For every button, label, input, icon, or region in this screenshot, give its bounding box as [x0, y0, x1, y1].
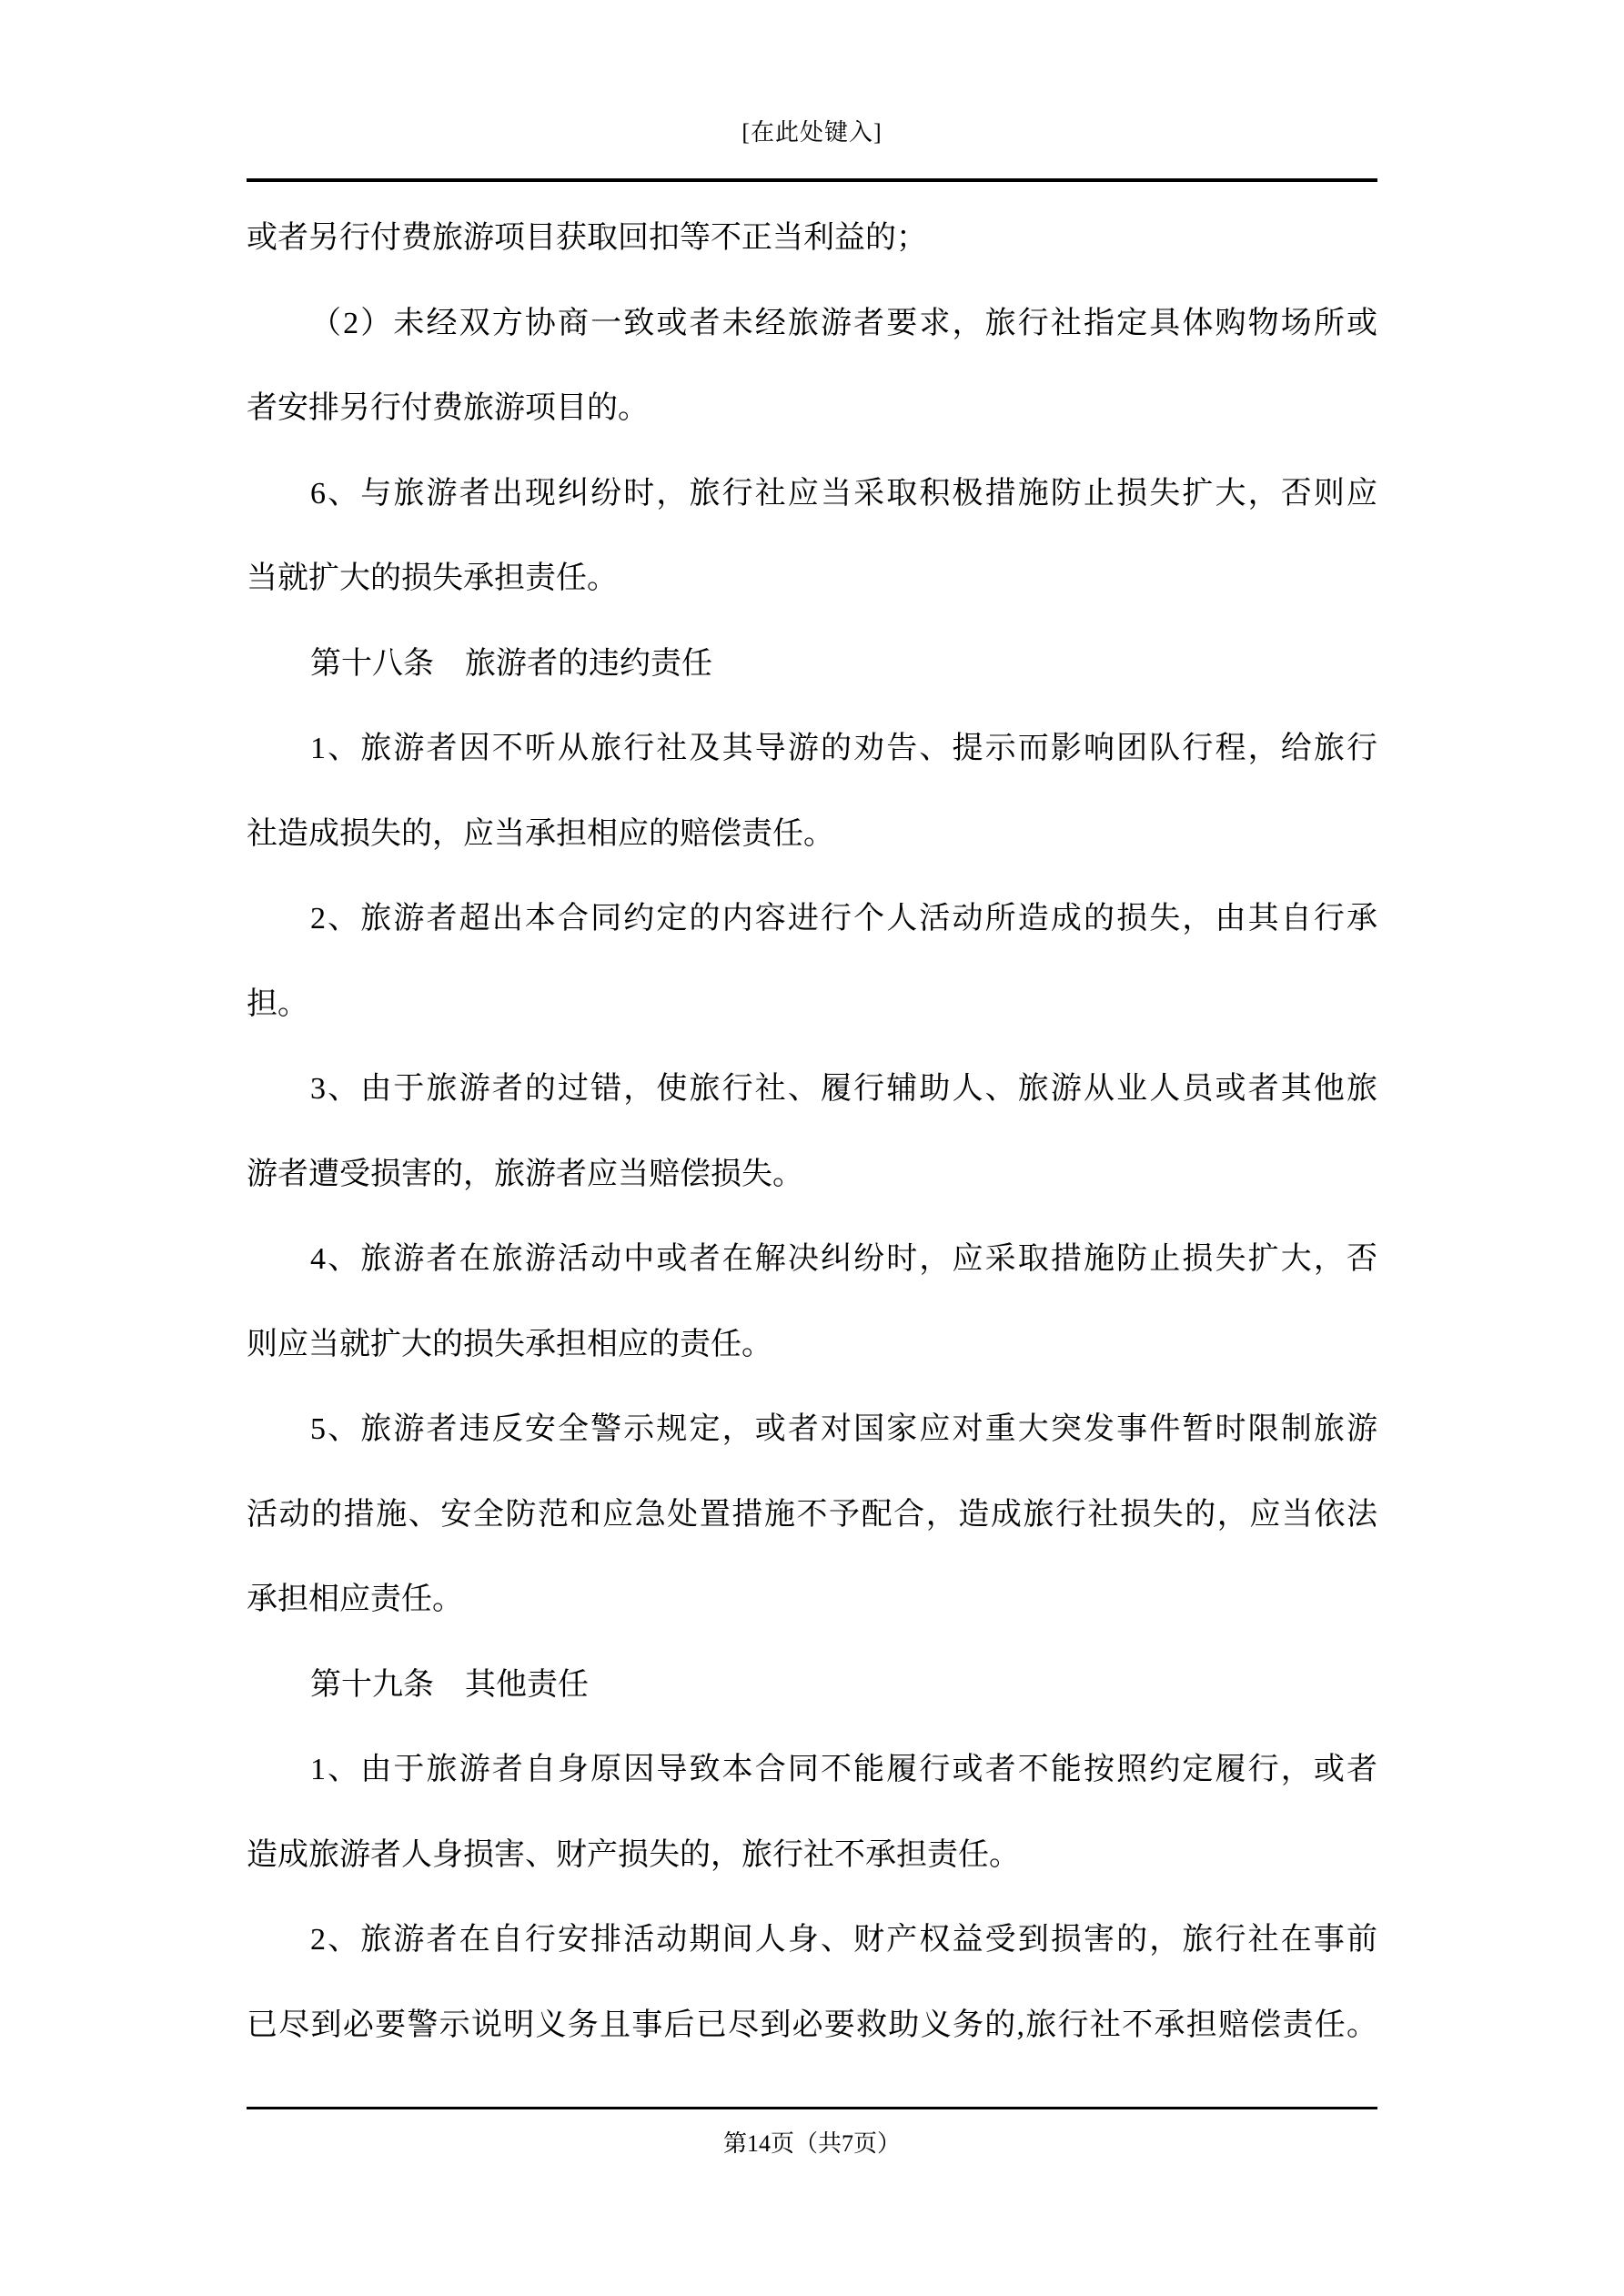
body-line: 造成旅游者人身损害、财产损失的，旅行社不承担责任。: [247, 1813, 1377, 1898]
footer-page-number: 第14页（共7页）: [0, 2128, 1624, 2160]
body-heading-line: 第十八条 旅游者的违约责任: [247, 622, 1377, 707]
document-page: [在此处键入] 或者另行付费旅游项目获取回扣等不正当利益的； （2）未经双方协商…: [0, 0, 1624, 2296]
body-line: （2）未经双方协商一致或者未经旅游者要求，旅行社指定具体购物场所或: [247, 281, 1377, 367]
body-line: 社造成损失的，应当承担相应的赔偿责任。: [247, 792, 1377, 877]
body-line: 当就扩大的损失承担责任。: [247, 536, 1377, 622]
body-line: 则应当就扩大的损失承担相应的责任。: [247, 1302, 1377, 1388]
body-line: 2、旅游者超出本合同约定的内容进行个人活动所造成的损失，由其自行承: [247, 876, 1377, 962]
body-line: 1、旅游者因不听从旅行社及其导游的劝告、提示而影响团队行程，给旅行: [247, 706, 1377, 792]
body-heading-line: 第十九条 其他责任: [247, 1643, 1377, 1728]
body-line: 或者另行付费旅游项目获取回扣等不正当利益的；: [247, 196, 1377, 281]
body-line: 已尽到必要警示说明义务且事后已尽到必要救助义务的,旅行社不承担赔偿责任。: [247, 1983, 1377, 2068]
body-line: 2、旅游者在自行安排活动期间人身、财产权益受到损害的，旅行社在事前: [247, 1897, 1377, 1983]
header-divider-rule: [247, 178, 1377, 182]
header-type-here-placeholder[interactable]: [在此处键入]: [0, 115, 1624, 151]
body-line: 承担相应责任。: [247, 1557, 1377, 1643]
body-line: 活动的措施、安全防范和应急处置措施不予配合，造成旅行社损失的，应当依法: [247, 1472, 1377, 1558]
body-line: 1、由于旅游者自身原因导致本合同不能履行或者不能按照约定履行，或者: [247, 1727, 1377, 1813]
body-line: 担。: [247, 962, 1377, 1047]
body-line: 4、旅游者在旅游活动中或者在解决纠纷时，应采取措施防止损失扩大，否: [247, 1217, 1377, 1302]
body-line: 游者遭受损害的，旅游者应当赔偿损失。: [247, 1132, 1377, 1218]
body-line: 3、由于旅游者的过错，使旅行社、履行辅助人、旅游从业人员或者其他旅: [247, 1047, 1377, 1132]
body-line: 者安排另行付费旅游项目的。: [247, 366, 1377, 451]
body-line: 5、旅游者违反安全警示规定，或者对国家应对重大突发事件暂时限制旅游: [247, 1387, 1377, 1472]
body-line: 6、与旅游者出现纠纷时，旅行社应当采取积极措施防止损失扩大，否则应: [247, 451, 1377, 537]
footer-divider-rule: [247, 2107, 1377, 2109]
document-body: 或者另行付费旅游项目获取回扣等不正当利益的； （2）未经双方协商一致或者未经旅游…: [247, 196, 1377, 2068]
